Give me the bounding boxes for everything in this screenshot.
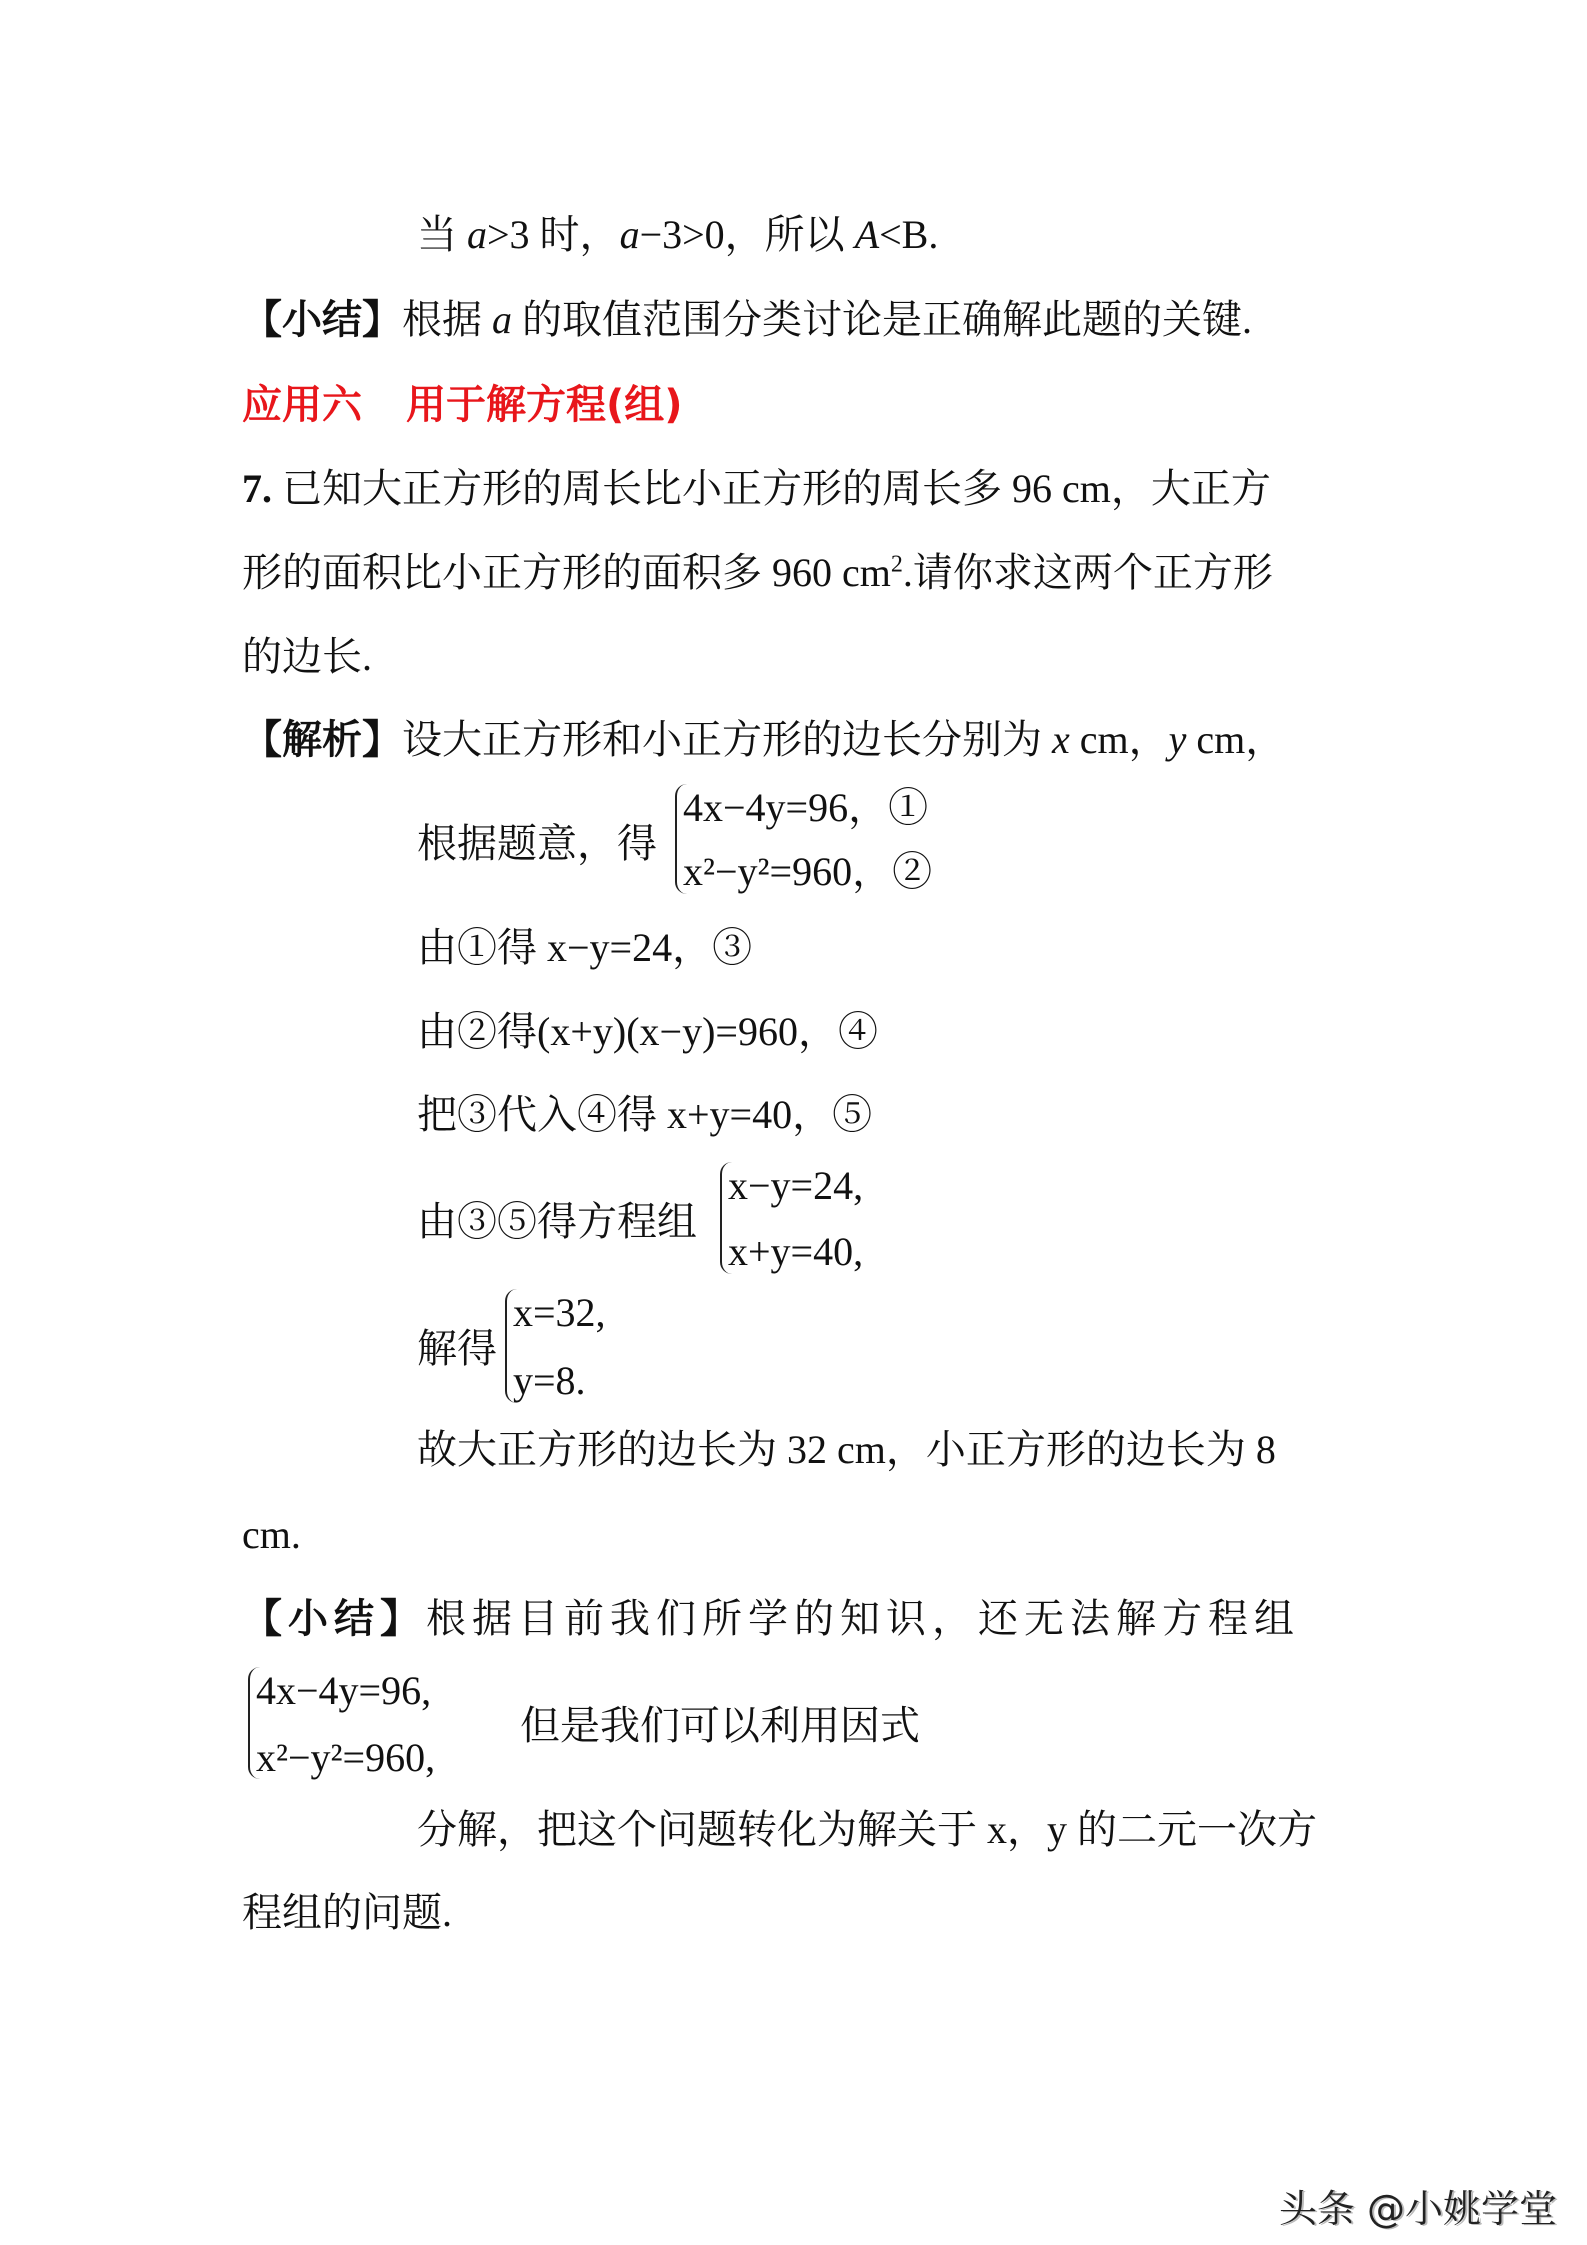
summary2-after-system: 但是我们可以利用因式 (520, 1702, 920, 1750)
section-title: 用于解方程(组) (406, 382, 683, 428)
text: 但是我们可以利用因式 (520, 1703, 920, 1748)
step2: 由①得 x−y=24，③ (417, 924, 752, 972)
text: 解得 (417, 1326, 497, 1371)
text: cm. (242, 1512, 301, 1557)
conclusion-line-2: cm. (242, 1511, 301, 1559)
text: 形的面积比小正方形的面积多 960 cm (242, 550, 891, 595)
summary2-line-1: 【小结】根据目前我们所学的知识，还无法解方程组 (242, 1595, 1300, 1643)
equation-row: y=8. (513, 1357, 586, 1405)
summary-label: 【小结】 (242, 297, 402, 343)
analysis-label: 【解析】 (242, 717, 402, 763)
text: 由③⑤得方程组 (417, 1199, 697, 1244)
text: 设大正方形和小正方形的边长分别为 (402, 717, 1052, 762)
text: 当 (417, 212, 467, 257)
text: 分解，把这个问题转化为解关于 x，y 的二元一次方 (417, 1807, 1317, 1852)
equation-row: 4x−4y=96, (256, 1667, 431, 1715)
text: 根据题意，得 (417, 821, 657, 866)
equation-row: x²−y²=960，② (683, 848, 932, 896)
text: 把③代入④得 x+y=40，⑤ (417, 1092, 872, 1137)
prev-solution-line: 当 a>3 时，a−3>0，所以 A<B. (417, 211, 938, 259)
step4: 把③代入④得 x+y=40，⑤ (417, 1091, 872, 1139)
text: 的取值范围分类讨论是正确解此题的关键. (512, 297, 1252, 342)
var-A: A (855, 212, 879, 257)
text: >3 时， (487, 212, 620, 257)
text: 由①得 x−y=24，③ (417, 925, 752, 970)
equation-row: 4x−4y=96，① (683, 784, 928, 832)
text: 根据目前我们所学的知识，还无法解方程组 (426, 1596, 1300, 1641)
summary-paragraph: 【小结】根据 a 的取值范围分类讨论是正确解此题的关键. (242, 296, 1252, 344)
var-y: y (1169, 717, 1187, 762)
text: 由②得(x+y)(x−y)=960，④ (417, 1009, 878, 1054)
summary2-line-4: 程组的问题. (242, 1889, 452, 1937)
step6-label: 解得 (417, 1325, 497, 1373)
var-a: a (492, 297, 512, 342)
summary2-line-3: 分解，把这个问题转化为解关于 x，y 的二元一次方 (417, 1806, 1317, 1854)
var-a: a (467, 212, 487, 257)
text: −3>0，所以 (640, 212, 855, 257)
text: <B. (879, 212, 938, 257)
var-x: x (1052, 717, 1070, 762)
equation-row: x²−y²=960, (256, 1734, 435, 1782)
step3: 由②得(x+y)(x−y)=960，④ (417, 1008, 878, 1056)
text: 程组的问题. (242, 1890, 452, 1935)
section-heading: 应用六用于解方程(组) (242, 381, 683, 429)
equation-row: x−y=24, (728, 1162, 863, 1210)
summary-label: 【小结】 (242, 1596, 426, 1642)
step5-label: 由③⑤得方程组 (417, 1198, 697, 1246)
text: 的边长. (242, 634, 372, 679)
problem-number: 7. (242, 466, 272, 511)
text: 故大正方形的边长为 32 cm，小正方形的边长为 8 (417, 1427, 1276, 1472)
watermark: 头条 @小姚学堂 (1279, 2178, 1557, 2233)
text: 根据 (402, 297, 492, 342)
section-prefix: 应用六 (242, 382, 362, 428)
text: .请你求这两个正方形 (903, 550, 1273, 595)
problem-line-2: 形的面积比小正方形的面积多 960 cm2.请你求这两个正方形 (242, 549, 1273, 597)
step1-label: 根据题意，得 (417, 820, 657, 868)
superscript: 2 (891, 552, 903, 578)
problem-line-1: 7. 已知大正方形的周长比小正方形的周长多 96 cm，大正方 (242, 465, 1357, 513)
equation-row: x+y=40, (728, 1228, 863, 1276)
text: cm， (1070, 717, 1169, 762)
problem-line-3: 的边长. (242, 633, 372, 681)
analysis-intro: 【解析】设大正方形和小正方形的边长分别为 x cm，y cm， (242, 716, 1285, 764)
equation-row: x=32, (513, 1289, 606, 1337)
var-a: a (620, 212, 640, 257)
text: cm， (1186, 717, 1285, 762)
text: 已知大正方形的周长比小正方形的周长多 96 cm，大正方 (282, 466, 1271, 511)
conclusion-line-1: 故大正方形的边长为 32 cm，小正方形的边长为 8 (417, 1426, 1276, 1474)
